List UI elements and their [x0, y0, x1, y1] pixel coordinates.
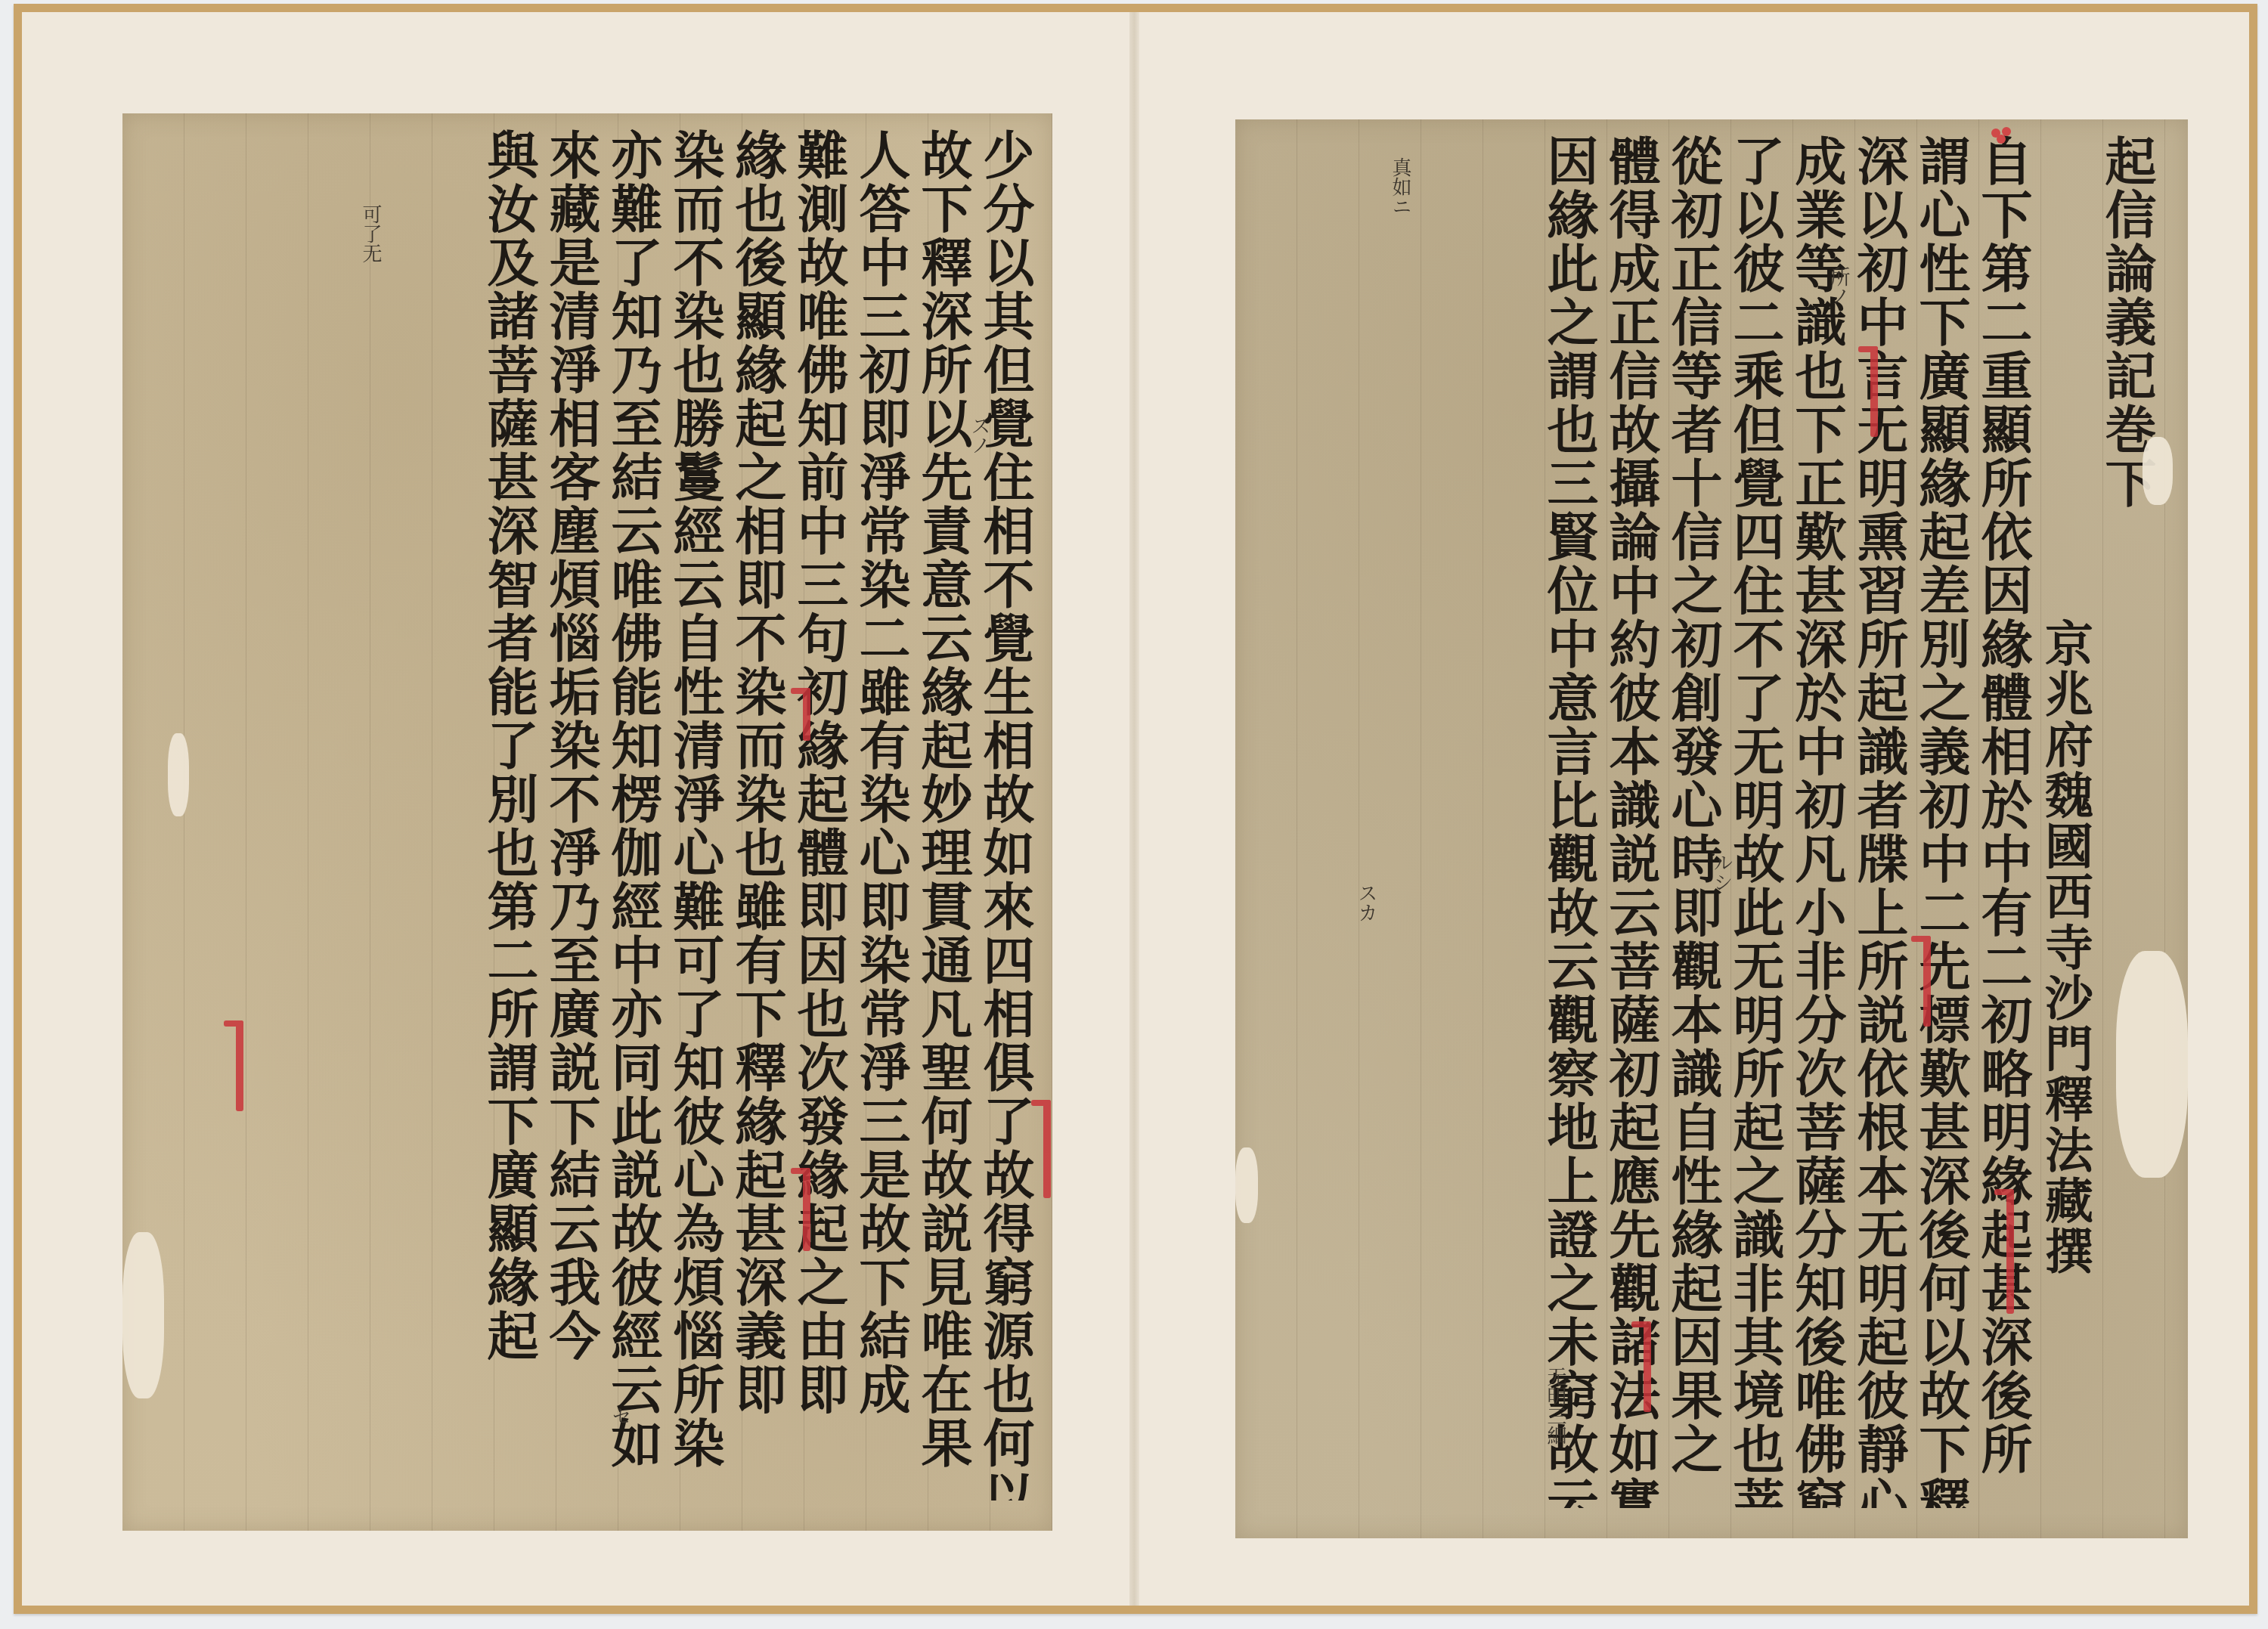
author-attribution-column: 京兆府魏國西寺沙門釋法藏撰	[2034, 135, 2096, 1508]
kunten-gloss: スノ	[965, 416, 993, 455]
text-column: 緣也後顯緣起之相即不染而染也雖有下釋緣起甚深義即	[726, 129, 788, 1500]
right-manuscript-page: 起信論義記巻下 京兆府魏國西寺沙門釋法藏撰 自下第二重顯所依因緣體相於中有二初略…	[1235, 119, 2188, 1538]
red-punctuation-mark	[1870, 346, 1878, 437]
red-punctuation-mark	[1043, 1100, 1051, 1198]
paper-damage	[2116, 951, 2188, 1178]
paper-damage	[122, 1232, 164, 1398]
red-punctuation-mark	[2006, 1189, 2014, 1314]
kunten-gloss: セ	[606, 1406, 634, 1426]
text-column: 亦難了知乃至結云唯佛能知楞伽經中亦同此説故彼經云如	[602, 129, 664, 1500]
kunten-gloss: 无明三細	[1541, 1367, 1569, 1445]
right-text-columns: 起信論義記巻下 京兆府魏國西寺沙門釋法藏撰 自下第二重顯所依因緣體相於中有二初略…	[1266, 135, 2158, 1508]
left-mount-leaf: 少分以其但覺住相不覺生相故如來四相俱了故得窮源也何以 故下釋深所以先責意云緣起妙…	[22, 12, 1129, 1606]
book-spine-fold	[1129, 12, 1139, 1606]
text-column: 因緣此之謂也三賢位中意言比觀故云觀察地上證之未窮故云	[1538, 135, 1600, 1508]
text-column: 來藏是清淨相客塵煩惱垢染不淨乃至廣説下結云我今	[540, 129, 602, 1500]
red-punctuation-mark	[803, 1168, 810, 1251]
red-punctuation-mark	[1644, 1321, 1651, 1412]
volume-title-column: 起信論義記巻下	[2096, 135, 2158, 1508]
kunten-gloss: スカ	[1352, 883, 1380, 922]
text-column: 了以彼二乘但覺四住不了无明故此无明所起之識非其境也菩薩	[1724, 135, 1786, 1508]
left-manuscript-page: 少分以其但覺住相不覺生相故如來四相俱了故得窮源也何以 故下釋深所以先責意云緣起妙…	[122, 113, 1052, 1531]
text-column: 與汝及諸菩薩甚深智者能了別也第二所謂下廣顯緣起	[478, 129, 540, 1500]
text-column: 染而不染也勝鬘經云自性清淨心難可了知彼心為煩惱所染	[664, 129, 726, 1500]
kunten-gloss: 所ノ	[1825, 267, 1853, 306]
text-column: 自下第二重顯所依因緣體相於中有二初略明緣起甚深後所	[1972, 135, 2034, 1508]
text-column: 從初正信等者十信之初創發心時即觀本識自性緣起因果之	[1662, 135, 1724, 1508]
left-text-columns: 少分以其但覺住相不覺生相故如來四相俱了故得窮源也何以 故下釋深所以先責意云緣起妙…	[138, 129, 1036, 1500]
text-column: 難測故唯佛知前中三句初緣起體即因也次發緣起之由即	[788, 129, 850, 1500]
red-seal-mark	[1991, 127, 2017, 141]
right-mount-leaf: 起信論義記巻下 京兆府魏國西寺沙門釋法藏撰 自下第二重顯所依因緣體相於中有二初略…	[1139, 12, 2249, 1606]
text-column: 深以初中言无明熏習所起識者牒上所説依根本无明起彼靜心	[1848, 135, 1910, 1508]
paper-damage	[168, 733, 189, 816]
album-cover-border: 少分以其但覺住相不覺生相故如來四相俱了故得窮源也何以 故下釋深所以先責意云緣起妙…	[14, 4, 2257, 1614]
paper-damage	[2143, 437, 2173, 505]
red-punctuation-mark	[1923, 936, 1931, 1027]
red-punctuation-mark	[236, 1020, 243, 1111]
text-column: 少分以其但覺住相不覺生相故如來四相俱了故得窮源也何以	[974, 129, 1036, 1500]
kunten-gloss: 可了无	[357, 204, 385, 263]
kunten-gloss: 真如ニ	[1387, 157, 1414, 216]
kunten-gloss: ルシ	[1708, 853, 1736, 892]
text-column: 故下釋深所以先責意云緣起妙理貫通凡聖何故説見唯在果	[912, 129, 974, 1500]
text-column: 謂心性下廣顯緣起差別之義初中二先標歎甚深後何以故下釋	[1910, 135, 1972, 1508]
text-column: 人答中三初即淨常染二雖有染心即染常淨三是故下結成	[850, 129, 912, 1500]
red-punctuation-mark	[803, 688, 810, 741]
text-column: 成業等識也下正歎甚深於中初凡小非分次菩薩分知後唯佛窮	[1786, 135, 1848, 1508]
paper-damage	[1235, 1147, 1258, 1223]
text-column: 體得成正信故攝論中約彼本識説云菩薩初起應先觀諸法如實	[1600, 135, 1662, 1508]
